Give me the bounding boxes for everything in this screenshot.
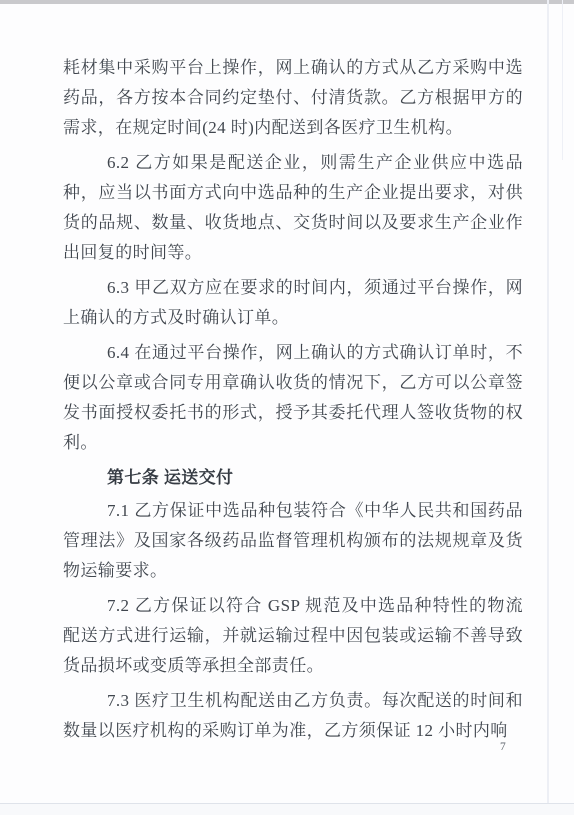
page-right-edge-shadow — [547, 0, 549, 805]
contract-paragraph: 7.1 乙方保证中选品种包装符合《中华人民共和国药品管理法》及国家各级药品监督管… — [63, 496, 523, 586]
page-right-edge-shadow-secondary — [562, 0, 563, 160]
contract-paragraph: 6.4 在通过平台操作，网上确认的方式确认订单时，不便以公章或合同专用章确认收货… — [63, 338, 523, 458]
scan-top-edge — [0, 0, 574, 4]
contract-text-block: 耗材集中采购平台上操作，网上确认的方式从乙方采购中选药品，各方按本合同约定垫付、… — [63, 53, 523, 751]
contract-paragraph: 7.3 医疗卫生机构配送由乙方负责。每次配送的时间和数量以医疗机构的采购订单为准… — [63, 686, 523, 746]
page-number: 7 — [500, 740, 506, 754]
contract-paragraph: 6.3 甲乙双方应在要求的时间内，须通过平台操作，网上确认的方式及时确认订单。 — [63, 273, 523, 333]
contract-paragraph: 7.2 乙方保证以符合 GSP 规范及中选品种特性的物流配送方式进行运输，并就运… — [63, 591, 523, 681]
section-heading: 第七条 运送交付 — [63, 463, 523, 493]
contract-paragraph: 6.2 乙方如果是配送企业，则需生产企业供应中选品种，应当以书面方式向中选品种的… — [63, 148, 523, 268]
scan-bottom-margin — [0, 804, 574, 815]
contract-paragraph: 耗材集中采购平台上操作，网上确认的方式从乙方采购中选药品，各方按本合同约定垫付、… — [63, 53, 523, 143]
